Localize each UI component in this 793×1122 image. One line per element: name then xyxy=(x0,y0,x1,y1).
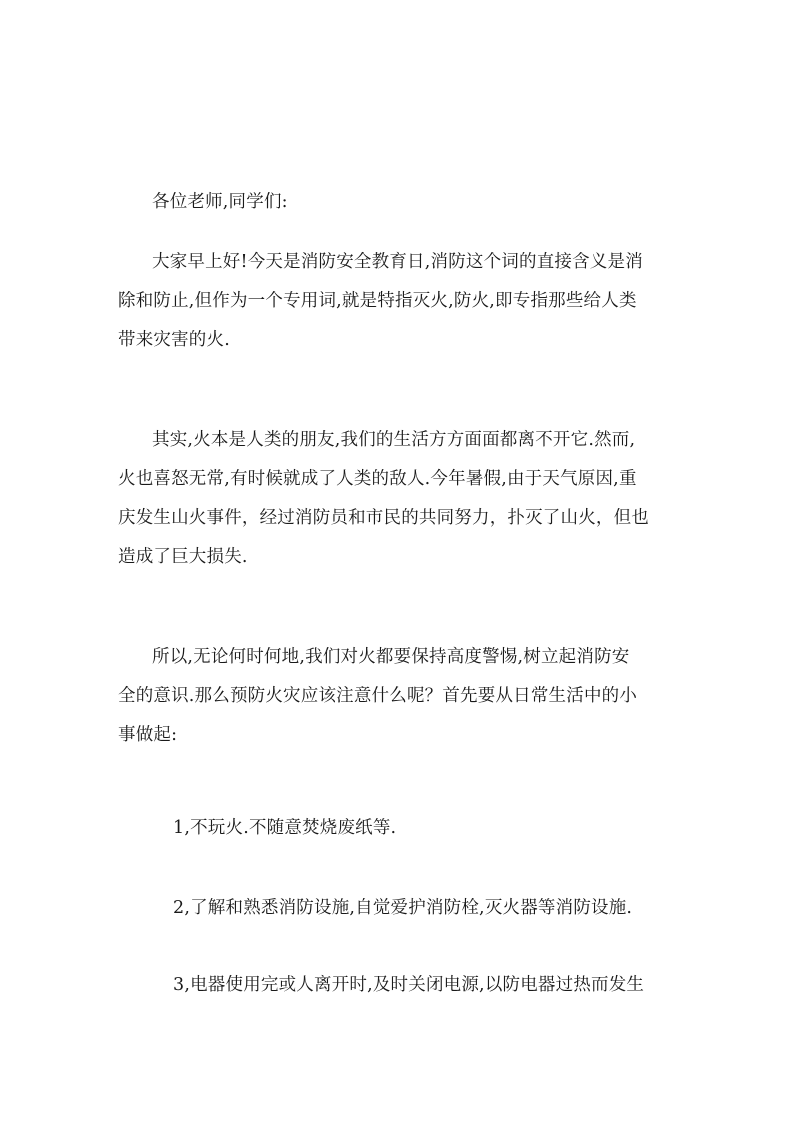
paragraph-2-line-3: 庆发生山火事件，经过消防员和市民的共同努力，扑灭了山火，但也 xyxy=(118,506,649,530)
paragraph-2-line-1: 其实,火本是人类的朋友,我们的生活方方面面都离不开它.然而, xyxy=(152,428,635,452)
paragraph-2-line-2: 火也喜怒无常,有时候就成了人类的敌人.今年暑假,由于天气原因,重 xyxy=(118,467,637,491)
paragraph-3-line-1: 所以,无论何时何地,我们对火都要保持高度警惕,树立起消防安 xyxy=(152,645,630,669)
paragraph-1-line-2: 除和防止,但作为一个专用词,就是特指灭火,防火,即专指那些给人类 xyxy=(118,289,637,313)
greeting: 各位老师,同学们: xyxy=(152,190,288,214)
list-item-1: 1,不玩火.不随意焚烧废纸等. xyxy=(173,816,396,840)
document-page: 各位老师,同学们: 大家早上好!今天是消防安全教育日,消防这个词的直接含义是消 … xyxy=(0,0,793,1122)
paragraph-2-line-4: 造成了巨大损失. xyxy=(118,545,248,569)
paragraph-3-line-2: 全的意识.那么预防火灾应该注意什么呢？首先要从日常生活中的小 xyxy=(118,684,637,708)
list-item-2: 2,了解和熟悉消防设施,自觉爱护消防栓,灭火器等消防设施. xyxy=(173,896,632,920)
list-item-3: 3,电器使用完或人离开时,及时关闭电源,以防电器过热而发生 xyxy=(173,973,644,997)
paragraph-3-line-3: 事做起: xyxy=(118,723,177,747)
paragraph-1-line-1: 大家早上好!今天是消防安全教育日,消防这个词的直接含义是消 xyxy=(152,250,643,274)
paragraph-1-line-3: 带来灾害的火. xyxy=(118,328,230,352)
